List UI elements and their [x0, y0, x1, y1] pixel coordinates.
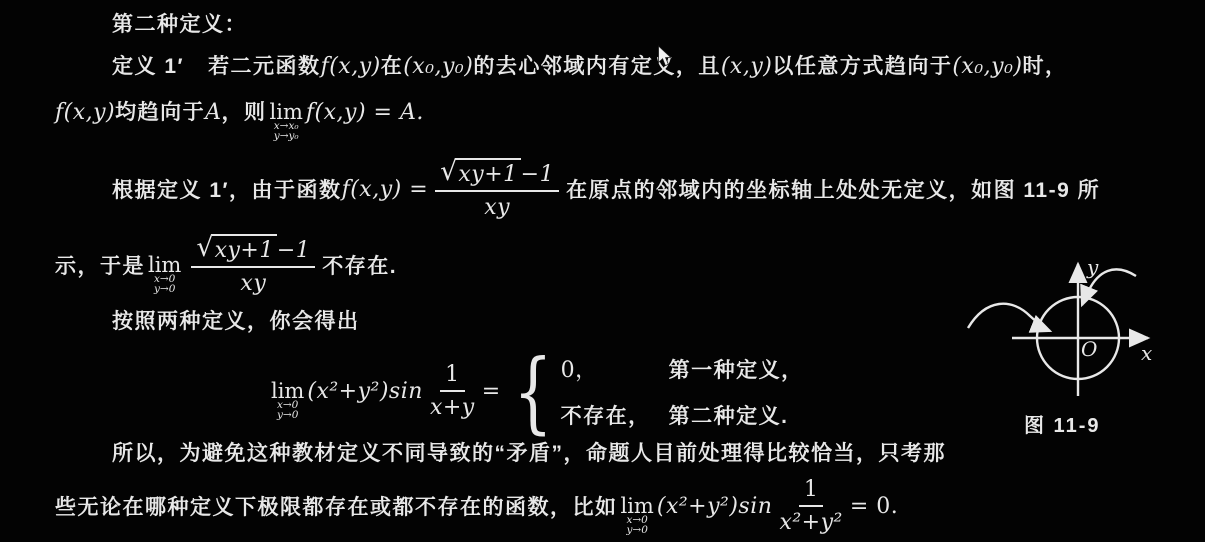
definition-line-1: 定义 1′ 若二元函数 f(x,y) 在 (x₀,y₀) 的去心邻域内有定义，且… — [112, 50, 1067, 80]
fraction-sqrt: √ xy+1 −1 xy — [435, 158, 559, 220]
figure-caption: 图 11-9 — [1024, 409, 1100, 438]
definition-line-2: f(x,y) 均趋向于 A ，则 lim x→x₀ y→y₀ f(x,y) = … — [55, 96, 424, 126]
figure-11-9: y x O — [948, 246, 1186, 414]
fraction-denominator: x²+y² — [779, 507, 842, 535]
origin-label: O — [1081, 337, 1097, 361]
lim-sub-y: y→0 — [277, 410, 298, 420]
limit-operator: lim x→x₀ y→y₀ — [270, 100, 303, 124]
fraction-numerator: √ xy+1 −1 — [435, 158, 559, 192]
example-line-2: 示，于是 lim x→0 y→0 √ xy+1 −1 xy 不存在. — [55, 234, 397, 296]
fraction-numerator: 1 — [804, 477, 819, 502]
fraction-numerator: 1 — [445, 362, 460, 387]
definition-text: 在 — [381, 50, 404, 80]
math-fxy-equals: f(x,y) = — [342, 177, 429, 202]
lim-subscripts: x→x₀ y→y₀ — [274, 121, 299, 141]
heading-text: 第二种定义： — [112, 8, 247, 38]
fraction: 1 x+y — [430, 362, 475, 420]
math-point-xy: (x,y) — [721, 54, 773, 79]
conclusion-text: 些无论在哪种定义下极限都存在或都不存在的函数，比如 — [55, 491, 618, 521]
lim-sub-y: y→0 — [626, 525, 647, 535]
limit-operator: lim x→0 y→0 — [621, 494, 654, 518]
example-line-1: 根据定义 1′，由于函数 f(x,y) = √ xy+1 −1 xy 在原点的邻… — [112, 158, 1100, 220]
case-row-1: 0， 第一种定义， — [561, 353, 804, 384]
math-A: A — [205, 100, 221, 125]
x-axis-label: x — [1141, 341, 1152, 365]
fraction-denominator: x+y — [430, 392, 475, 420]
radicand: xy+1 — [212, 234, 277, 263]
compare-line: 按照两种定义，你会得出 — [112, 305, 360, 335]
definition-text: 的去心邻域内有定义，且 — [473, 50, 721, 80]
limit-operator: lim x→0 y→0 — [148, 253, 181, 277]
numerator-tail: −1 — [521, 162, 554, 187]
section-heading: 第二种定义： — [112, 8, 247, 38]
case-label: 第一种定义， — [669, 354, 804, 384]
case-row-2: 不存在， 第二种定义. — [561, 400, 804, 430]
example-text: 在原点的邻域内的坐标轴上处处无定义，如图 11-9 所 — [566, 174, 1100, 204]
fraction: 1 x²+y² — [779, 477, 842, 535]
definition-text: 若二元函数 — [208, 50, 321, 80]
case-value: 不存在， — [561, 400, 669, 430]
example-text: 根据定义 1′，由于函数 — [112, 174, 342, 204]
fraction-sqrt: √ xy+1 −1 xy — [191, 234, 315, 296]
square-root: √ xy+1 — [196, 234, 277, 263]
case-label: 第二种定义. — [669, 400, 789, 430]
fraction-denominator: xy — [484, 192, 510, 220]
definition-text: 均趋向于 — [115, 96, 205, 126]
conclusion-line-1: 所以，为避免这种教材定义不同导致的“矛盾”，命题人目前处理得比较恰当，只考那 — [112, 437, 946, 467]
radicand: xy+1 — [455, 158, 520, 187]
math-fxy-equals-A: f(x,y) = A. — [306, 100, 424, 125]
definition-text: ，则 — [222, 96, 267, 126]
lim-sub-y: y→y₀ — [274, 131, 299, 141]
lim-sub-y: y→0 — [154, 284, 175, 294]
fraction-numerator: √ xy+1 −1 — [191, 234, 315, 268]
definition-label: 定义 1′ — [112, 50, 184, 80]
lim-subscripts: x→0 y→0 — [277, 400, 298, 420]
lim-subscripts: x→0 y→0 — [154, 274, 175, 294]
math-point-x0y0: (x₀,y₀) — [403, 54, 473, 79]
y-axis-label: y — [1086, 255, 1099, 279]
math-point-x0y0: (x₀,y₀) — [952, 54, 1022, 79]
cases-brace: { — [513, 343, 552, 439]
math-body: (x²+y²)sin — [307, 379, 423, 404]
definition-text: 以任意方式趋向于 — [772, 50, 952, 80]
equals-sign: = — [482, 379, 501, 404]
conclusion-text: 所以，为避免这种教材定义不同导致的“矛盾”，命题人目前处理得比较恰当，只考那 — [112, 437, 946, 467]
limit-operator: lim x→0 y→0 — [271, 379, 304, 403]
math-fxy: f(x,y) — [55, 100, 115, 125]
compare-text: 按照两种定义，你会得出 — [112, 305, 360, 335]
conclusion-line-2: 些无论在哪种定义下极限都存在或都不存在的函数，比如 lim x→0 y→0 (x… — [55, 477, 898, 535]
example-text: 示，于是 — [55, 250, 145, 280]
numerator-tail: −1 — [277, 238, 310, 263]
mouse-cursor-icon — [657, 45, 675, 69]
case-value: 0， — [561, 353, 669, 384]
cases-block: 0， 第一种定义， 不存在， 第二种定义. — [561, 353, 804, 430]
equals-zero: = 0. — [850, 494, 898, 519]
textbook-page: 第二种定义： 定义 1′ 若二元函数 f(x,y) 在 (x₀,y₀) 的去心邻… — [0, 0, 1205, 542]
math-body: (x²+y²)sin — [657, 494, 773, 519]
fraction-denominator: xy — [240, 268, 266, 296]
lim-subscripts: x→0 y→0 — [626, 515, 647, 535]
cases-equation: lim x→0 y→0 (x²+y²)sin 1 x+y = { 0， 第一种定… — [268, 343, 804, 439]
square-root: √ xy+1 — [440, 158, 521, 187]
definition-text: 时， — [1022, 50, 1067, 80]
example-text: 不存在. — [322, 250, 397, 280]
math-fxy: f(x,y) — [321, 54, 381, 79]
